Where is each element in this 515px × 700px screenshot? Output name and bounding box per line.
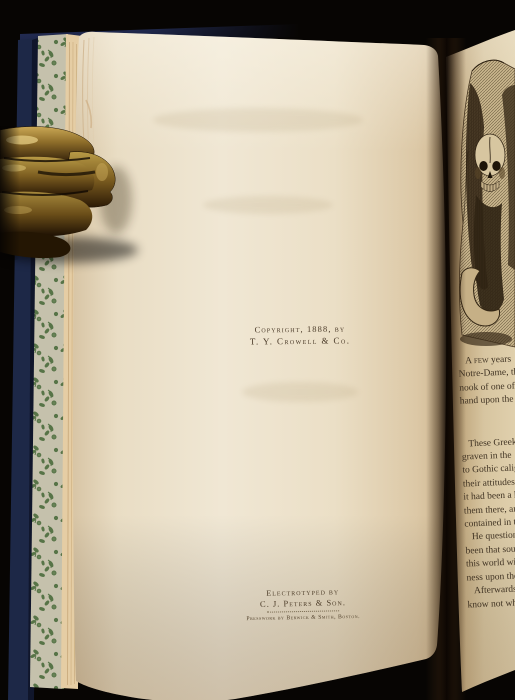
imprint-rule [267,609,339,612]
publisher-line: T. Y. Crowell & Co. [212,334,388,349]
printer-imprint: Electrotyped by C. J. Peters & Son. Pres… [210,585,397,625]
right-page-text: A few years Notre-Dame, th nook of one o… [450,351,515,613]
paragraph-gap [460,404,515,438]
book-photograph: Copyright, 1888, by T. Y. Crowell & Co. … [0,0,515,700]
electrotyper-name: C. J. Peters & Son. [210,596,396,611]
copyright-notice: Copyright, 1888, by T. Y. Crowell & Co. [212,322,388,349]
engraving-illustration [459,60,515,347]
